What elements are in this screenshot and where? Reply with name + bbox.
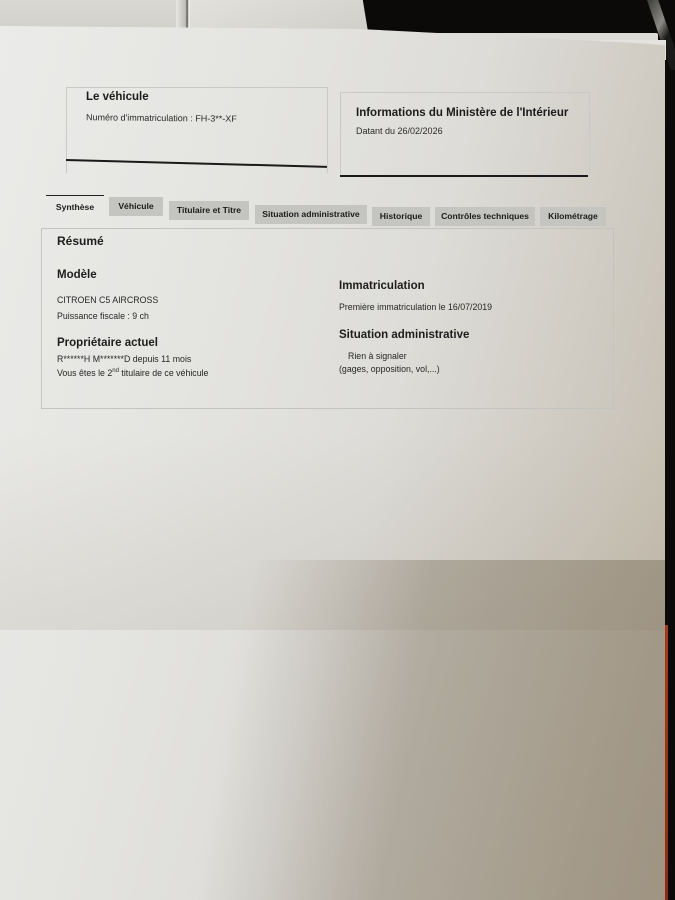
ministry-card-title: Informations du Ministère de l'Intérieur [356,107,568,119]
tab-vehicule[interactable]: Véhicule [109,197,163,216]
tab-historique[interactable]: Historique [372,207,430,226]
plate-label: Numéro d'immatriculation : [86,112,195,123]
registration-heading: Immatriculation [339,280,425,292]
owner-heading: Propriétaire actuel [57,337,158,349]
owner-name: R******H M*******D depuis 11 mois [57,354,191,364]
plate-number: Numéro d'immatriculation : FH-3**-XF [86,112,237,124]
date-value: 26/02/2026 [398,126,443,136]
ministry-card-underline [340,175,588,177]
tab-kilometrage[interactable]: Kilométrage [540,207,606,226]
data-date: Datant du 26/02/2026 [356,126,443,136]
admin-status-detail: (gages, opposition, vol,...) [339,364,440,374]
holder-rank-prefix: Vous êtes le 2 [57,368,112,378]
holder-rank: Vous êtes le 2nd titulaire de ce véhicul… [57,368,208,378]
holder-rank-suffix: titulaire de ce véhicule [119,368,209,378]
admin-status-value: Rien à signaler [348,351,407,361]
date-label: Datant du [356,126,398,136]
model-name: CITROEN C5 AIRCROSS [57,295,158,305]
tab-synthese[interactable]: Synthèse [46,195,104,218]
tab-controles-techniques[interactable]: Contrôles techniques [435,207,535,226]
first-registration: Première immatriculation le 16/07/2019 [339,302,492,312]
vehicle-card-title: Le véhicule [86,91,149,103]
model-heading: Modèle [57,269,97,281]
tab-situation-administrative[interactable]: Situation administrative [255,205,367,224]
admin-status-heading: Situation administrative [339,329,469,341]
plate-value: FH-3**-XF [195,113,237,123]
tab-titulaire-et-titre[interactable]: Titulaire et Titre [169,201,249,220]
summary-title: Résumé [57,234,104,248]
tab-bar: Synthèse Véhicule Titulaire et Titre Sit… [46,195,616,227]
fiscal-power: Puissance fiscale : 9 ch [57,311,149,321]
holder-rank-ordinal: nd [112,368,119,374]
